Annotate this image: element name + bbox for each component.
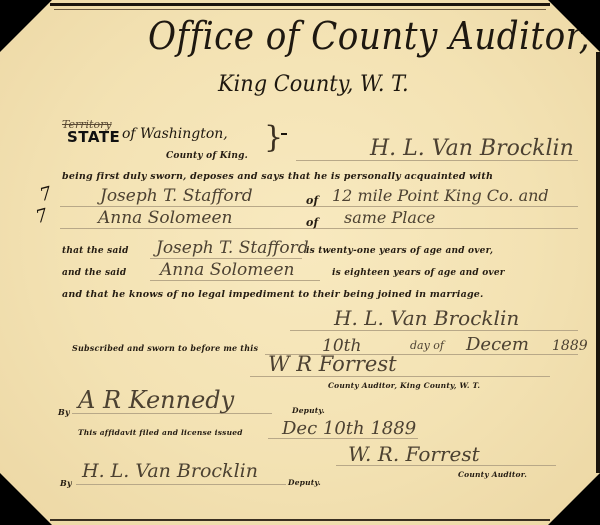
affiant-signature-line [290,330,578,331]
jurat-deputy-signature: A R Kennedy [78,386,234,414]
margin-mark-2: 7 [33,205,49,228]
jurat-month: Decem [466,334,529,355]
filing-date: Dec 10th 1889 [282,418,416,439]
filing-deputy-signature: H. L. Van Brocklin [82,460,258,482]
affiant-signature: H. L. Van Brocklin [334,306,519,330]
jurat-year: 1889 [552,338,588,354]
bride-of-label: of [306,216,318,229]
jurat-auditor-line [250,376,550,377]
bride-age-prefix: and the said [62,268,126,278]
jurat-deputy-label: Deputy. [292,406,325,415]
bride-name: Anna Solomeen [98,208,232,228]
groom-age-name: Joseph T. Stafford [156,238,309,258]
affiant-name: H. L. Van Brocklin [370,136,574,161]
state-stamp: STATE [67,128,120,146]
filing-deputy-label: Deputy. [288,478,321,487]
jurat-auditor-signature: W R Forrest [268,352,397,376]
filing-deputy-line [76,484,286,485]
groom-of-label: of [306,194,318,207]
impediment-text: and that he knows of no legal impediment… [62,289,484,300]
groom-residence: 12 mile Point King Co. and [332,186,549,205]
bottom-border-rule [50,519,550,521]
top-border-rule [50,3,550,6]
bride-residence: same Place [344,208,435,227]
jurat-day-label: day of [410,339,444,352]
bride-age-text: is eighteen years of age and over [332,268,505,278]
groom-age-text: is twenty-one years of age and over, [306,246,493,256]
groom-line [60,206,578,207]
venue-county-line: County of King. [166,151,248,161]
groom-age-prefix: that the said [62,246,129,256]
document-subtitle: King County, W. T. [218,72,409,97]
filing-auditor-signature: W. R. Forrest [348,442,480,466]
top-border-rule-thin [54,9,546,10]
jurat-auditor-title: County Auditor, King County, W. T. [328,381,480,390]
filing-prefix: This affidavit filed and license issued [78,428,243,437]
groom-age-name-line [150,258,302,259]
margin-mark-1: 7 [37,183,53,206]
groom-name: Joseph T. Stafford [100,186,253,206]
venue-dash [281,133,287,135]
venue-state-line: of Washington, [122,126,228,142]
jurat-by-label: By [58,407,70,417]
document-title: Office of County Auditor, [148,14,590,58]
filing-by-label: By [60,478,72,488]
bride-line [60,228,578,229]
venue-brace: } [264,120,283,155]
body-line-1: being first duly sworn, deposes and says… [62,171,493,182]
right-border-edge [596,52,600,473]
jurat-prefix: Subscribed and sworn to before me this [72,343,258,353]
bride-age-name: Anna Solomeen [160,260,294,280]
filing-auditor-title: County Auditor. [458,470,527,479]
document-page: Office of County Auditor, King County, W… [0,0,600,525]
bride-age-name-line [150,280,320,281]
